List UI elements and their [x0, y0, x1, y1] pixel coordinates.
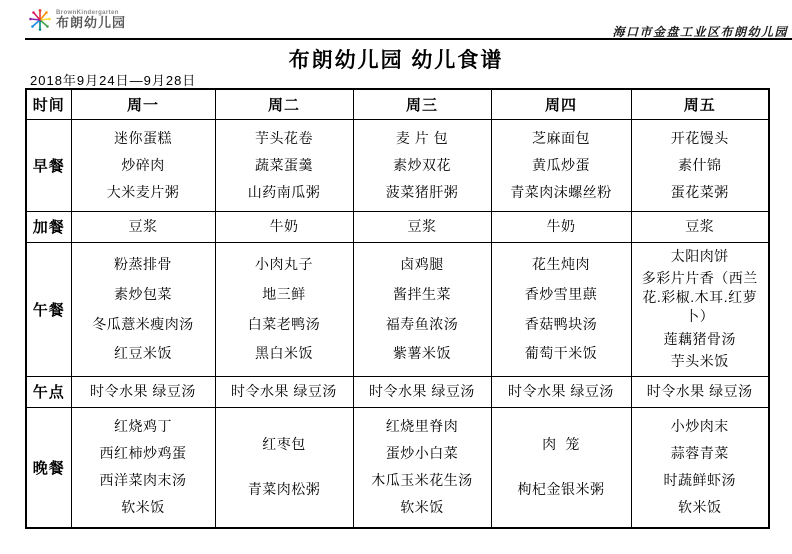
row-label: 早餐 — [26, 119, 71, 211]
col-header-day: 周二 — [215, 89, 353, 119]
dish-item: 时令水果 绿豆汤 — [90, 382, 196, 401]
table-row: 晚餐红烧鸡丁西红柿炒鸡蛋西洋菜肉末汤软米饭红枣包青菜肉松粥红烧里脊肉蛋炒小白菜木… — [26, 407, 769, 528]
dish-item: 芋头米饭 — [671, 352, 729, 371]
menu-cell: 卤鸡腿酱拌生菜福寿鱼浓汤紫薯米饭 — [353, 242, 491, 376]
menu-cell: 麦 片 包素炒双花菠菜猪肝粥 — [353, 119, 491, 211]
dish-item: 莲藕猪骨汤 — [664, 330, 737, 349]
dish-item: 豆浆 — [129, 217, 158, 236]
dish-item: 枸杞金银米粥 — [518, 480, 605, 499]
dish-item: 太阳肉饼 — [671, 247, 729, 266]
dish-item: 白菜老鸭汤 — [248, 315, 321, 334]
dish-item: 黄瓜炒蛋 — [532, 156, 590, 175]
dish-item: 粉蒸排骨 — [114, 255, 172, 274]
dish-item: 菠菜猪肝粥 — [386, 183, 459, 202]
dish-item: 红烧鸡丁 — [114, 417, 172, 436]
dish-item: 软米饭 — [400, 498, 444, 517]
header-row: 时间周一周二周三周四周五 — [26, 89, 769, 119]
dish-item: 时令水果 绿豆汤 — [508, 382, 614, 401]
menu-cell: 时令水果 绿豆汤 — [71, 376, 215, 407]
dish-item: 软米饭 — [121, 498, 165, 517]
menu-cell: 牛奶 — [491, 211, 631, 242]
row-label: 午点 — [26, 376, 71, 407]
dish-item: 西洋菜肉末汤 — [100, 471, 187, 490]
dish-item: 香炒雪里蕻 — [525, 285, 598, 304]
table-row: 早餐迷你蛋糕炒碎肉大米麦片粥芋头花卷蔬菜蛋羹山药南瓜粥麦 片 包素炒双花菠菜猪肝… — [26, 119, 769, 211]
dish-item: 木瓜玉米花生汤 — [371, 471, 473, 490]
dish-item: 豆浆 — [685, 217, 714, 236]
col-header-day: 周五 — [631, 89, 769, 119]
dish-item: 地三鲜 — [262, 285, 306, 304]
dish-item: 素炒包菜 — [114, 285, 172, 304]
menu-cell: 小肉丸子地三鲜白菜老鸭汤黑白米饭 — [215, 242, 353, 376]
menu-cell: 红枣包青菜肉松粥 — [215, 407, 353, 528]
menu-cell: 红烧里脊肉蛋炒小白菜木瓜玉米花生汤软米饭 — [353, 407, 491, 528]
dish-item: 时令水果 绿豆汤 — [231, 382, 337, 401]
dish-item: 蔬菜蛋羹 — [255, 156, 313, 175]
menu-cell: 牛奶 — [215, 211, 353, 242]
row-label: 午餐 — [26, 242, 71, 376]
menu-cell: 迷你蛋糕炒碎肉大米麦片粥 — [71, 119, 215, 211]
dish-item: 花生炖肉 — [532, 255, 590, 274]
dish-item: 素炒双花 — [393, 156, 451, 175]
table-row: 午餐粉蒸排骨素炒包菜冬瓜薏米瘦肉汤红豆米饭小肉丸子地三鲜白菜老鸭汤黑白米饭卤鸡腿… — [26, 242, 769, 376]
dish-item: 时令水果 绿豆汤 — [647, 382, 753, 401]
dish-item: 炒碎肉 — [121, 156, 165, 175]
menu-cell: 开花馒头素什锦蛋花菜粥 — [631, 119, 769, 211]
table-row: 加餐豆浆牛奶豆浆牛奶豆浆 — [26, 211, 769, 242]
dish-item: 蒜蓉青菜 — [671, 444, 729, 463]
dish-item: 香菇鸭块汤 — [525, 315, 598, 334]
dish-item: 小炒肉末 — [671, 417, 729, 436]
menu-cell: 花生炖肉香炒雪里蕻香菇鸭块汤葡萄干米饭 — [491, 242, 631, 376]
dish-item: 蛋花菜粥 — [671, 183, 729, 202]
brand-name-cn: 布朗幼儿园 — [56, 16, 126, 30]
dish-item: 豆浆 — [408, 217, 437, 236]
menu-cell: 豆浆 — [631, 211, 769, 242]
brand-logo: BrownKindergarten 布朗幼儿园 — [28, 8, 126, 32]
menu-cell: 豆浆 — [71, 211, 215, 242]
dish-item: 开花馒头 — [671, 129, 729, 148]
dish-item: 芋头花卷 — [255, 129, 313, 148]
dish-item: 葡萄干米饭 — [525, 344, 598, 363]
menu-cell: 红烧鸡丁西红柿炒鸡蛋西洋菜肉末汤软米饭 — [71, 407, 215, 528]
dish-item: 红烧里脊肉 — [386, 417, 459, 436]
row-label: 晚餐 — [26, 407, 71, 528]
menu-cell: 豆浆 — [353, 211, 491, 242]
menu-cell: 时令水果 绿豆汤 — [353, 376, 491, 407]
dish-item: 福寿鱼浓汤 — [386, 315, 459, 334]
menu-page: { "header": { "brand_en": "BrownKinderga… — [0, 0, 792, 554]
dish-item: 西红柿炒鸡蛋 — [100, 444, 187, 463]
menu-table: 时间周一周二周三周四周五 早餐迷你蛋糕炒碎肉大米麦片粥芋头花卷蔬菜蛋羹山药南瓜粥… — [25, 88, 770, 529]
menu-cell: 粉蒸排骨素炒包菜冬瓜薏米瘦肉汤红豆米饭 — [71, 242, 215, 376]
dish-item: 肉 笼 — [542, 435, 580, 454]
col-header-time: 时间 — [26, 89, 71, 119]
starburst-icon — [28, 8, 52, 32]
dish-item: 芝麻面包 — [532, 129, 590, 148]
dish-item: 冬瓜薏米瘦肉汤 — [92, 315, 194, 334]
dish-item: 紫薯米饭 — [393, 344, 451, 363]
dish-item: 卤鸡腿 — [400, 255, 444, 274]
row-label: 加餐 — [26, 211, 71, 242]
dish-item: 大米麦片粥 — [107, 183, 180, 202]
dish-item: 蛋炒小白菜 — [386, 444, 459, 463]
dish-item: 红豆米饭 — [114, 344, 172, 363]
date-range: 2018年9月24日—9月28日 — [30, 70, 196, 89]
dish-item: 牛奶 — [547, 217, 576, 236]
dish-item: 山药南瓜粥 — [248, 183, 321, 202]
menu-cell: 芋头花卷蔬菜蛋羹山药南瓜粥 — [215, 119, 353, 211]
dish-item: 青菜肉沫螺丝粉 — [510, 183, 612, 202]
dish-item: 素什锦 — [678, 156, 722, 175]
menu-cell: 时令水果 绿豆汤 — [215, 376, 353, 407]
dish-item: 青菜肉松粥 — [248, 480, 321, 499]
dish-item: 小肉丸子 — [255, 255, 313, 274]
menu-cell: 小炒肉末蒜蓉青菜时蔬鲜虾汤软米饭 — [631, 407, 769, 528]
menu-cell: 时令水果 绿豆汤 — [631, 376, 769, 407]
menu-cell: 时令水果 绿豆汤 — [491, 376, 631, 407]
col-header-day: 周四 — [491, 89, 631, 119]
menu-cell: 太阳肉饼多彩片片香（西兰花.彩椒.木耳.红萝卜）莲藕猪骨汤芋头米饭 — [631, 242, 769, 376]
dish-item: 多彩片片香（西兰花.彩椒.木耳.红萝卜） — [636, 269, 765, 326]
dish-item: 牛奶 — [270, 217, 299, 236]
menu-cell: 肉 笼枸杞金银米粥 — [491, 407, 631, 528]
dish-item: 红枣包 — [262, 435, 306, 454]
dish-item: 迷你蛋糕 — [114, 129, 172, 148]
menu-cell: 芝麻面包黄瓜炒蛋青菜肉沫螺丝粉 — [491, 119, 631, 211]
table-row: 午点时令水果 绿豆汤时令水果 绿豆汤时令水果 绿豆汤时令水果 绿豆汤时令水果 绿… — [26, 376, 769, 407]
dish-item: 时令水果 绿豆汤 — [369, 382, 475, 401]
dish-item: 麦 片 包 — [396, 129, 448, 148]
dish-item: 酱拌生菜 — [393, 285, 451, 304]
dish-item: 软米饭 — [678, 498, 722, 517]
header-divider — [25, 38, 792, 40]
dish-item: 时蔬鲜虾汤 — [664, 471, 737, 490]
dish-item: 黑白米饭 — [255, 344, 313, 363]
col-header-day: 周一 — [71, 89, 215, 119]
col-header-day: 周三 — [353, 89, 491, 119]
